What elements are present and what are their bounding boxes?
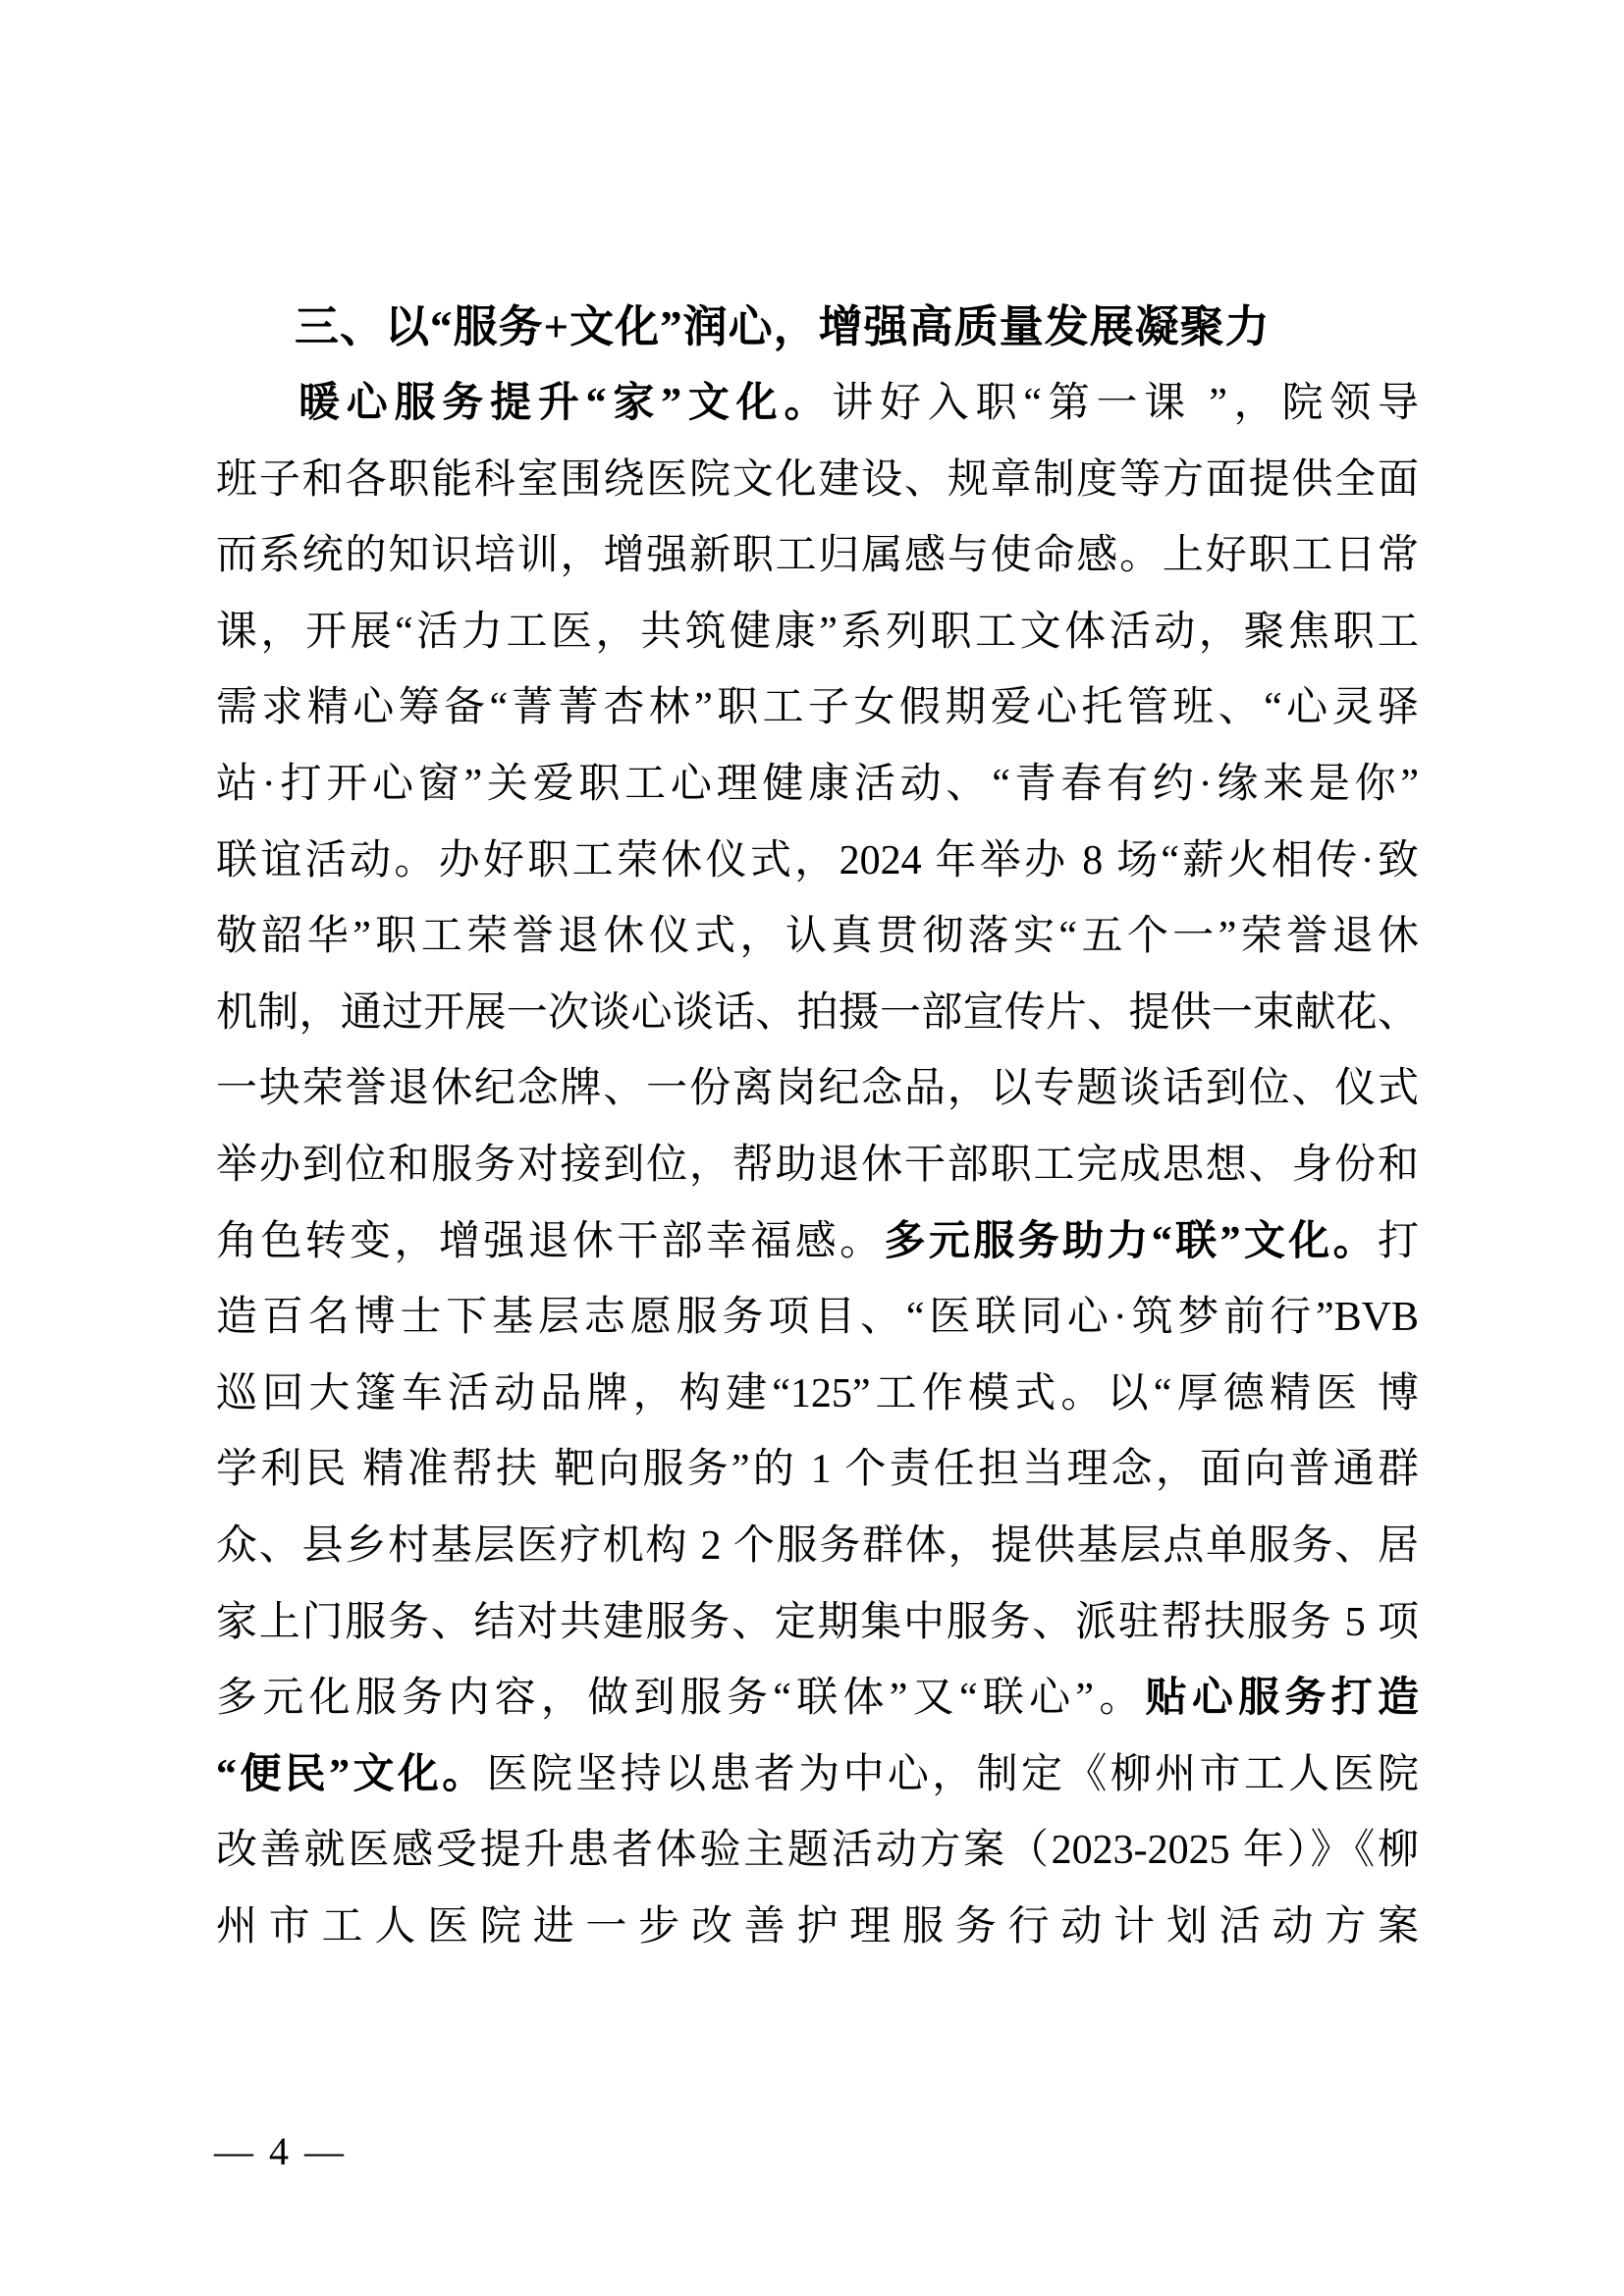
body-text: 造百名博士下基层志愿服务项目、“医联同心·筑梦前行”BVB: [216, 1295, 1419, 1340]
body-text: 多元化服务内容，做到服务“联体”又“联心”。: [216, 1676, 1146, 1721]
body-text: 讲好入职“第一课 ”，院领导: [832, 381, 1419, 426]
text-line: 课，开展“活力工医，共筑健康”系列职工文体活动，聚焦职工: [216, 595, 1419, 671]
text-line: 州市工人医院进一步改善护理服务行动计划活动方案: [216, 1890, 1419, 1966]
text-line: 敬韶华”职工荣誉退休仪式，认真贯彻落实“五个一”荣誉退休: [216, 899, 1419, 976]
body-text: 举办到位和服务对接到位，帮助退休干部职工完成思想、身份和: [216, 1143, 1419, 1188]
body-text: 一块荣誉退休纪念牌、一份离岗纪念品，以专题谈话到位、仪式: [216, 1066, 1419, 1111]
text-line: 众、县乡村基层医疗机构 2 个服务群体，提供基层点单服务、居: [216, 1509, 1419, 1585]
body-text: 站·打开心窗”关爱职工心理健康活动、“青春有约·缘来是你”: [216, 762, 1419, 807]
body-text: 班子和各职能科室围绕医院文化建设、规章制度等方面提供全面: [216, 457, 1419, 503]
body-text: 家上门服务、结对共建服务、定期集中服务、派驻帮扶服务 5 项: [216, 1600, 1419, 1645]
body-text: 课，开展“活力工医，共筑健康”系列职工文体活动，聚焦职工: [216, 610, 1419, 655]
emphasis-text: 贴心服务打造: [1146, 1676, 1419, 1721]
body-text: 机制，通过开展一次谈心谈话、拍摄一部宣传片、提供一束献花、: [216, 990, 1419, 1036]
body-text: 打: [1378, 1219, 1419, 1264]
text-line: 巡回大篷车活动品牌，构建“125”工作模式。以“厚德精医 博: [216, 1357, 1419, 1433]
text-line: “便民”文化。医院坚持以患者为中心，制定《柳州市工人医院: [216, 1737, 1419, 1814]
body-text: 改善就医感受提升患者体验主题活动方案（2023-2025 年）》《柳: [216, 1828, 1419, 1873]
body-text: 学利民 精准帮扶 靶向服务”的 1 个责任担当理念，面向普通群: [216, 1447, 1419, 1492]
text-line: 机制，通过开展一次谈心谈话、拍摄一部宣传片、提供一束献花、: [216, 976, 1419, 1052]
document-body: 三、以“服务+文化”润心，增强高质量发展凝聚力 暖心服务提升“家”文化。讲好入职…: [216, 288, 1419, 1965]
text-line: 多元化服务内容，做到服务“联体”又“联心”。贴心服务打造: [216, 1661, 1419, 1737]
text-line: 而系统的知识培训，增强新职工归属感与使命感。上好职工日常: [216, 518, 1419, 595]
text-line: 需求精心筹备“菁菁杏林”职工子女假期爱心托管班、“心灵驿: [216, 670, 1419, 747]
section-heading: 三、以“服务+文化”润心，增强高质量发展凝聚力: [216, 288, 1419, 366]
text-line: 改善就医感受提升患者体验主题活动方案（2023-2025 年）》《柳: [216, 1813, 1419, 1890]
body-text: 敬韶华”职工荣誉退休仪式，认真贯彻落实“五个一”荣誉退休: [216, 914, 1419, 959]
text-line: 举办到位和服务对接到位，帮助退休干部职工完成思想、身份和: [216, 1128, 1419, 1204]
text-line: 一块荣誉退休纪念牌、一份离岗纪念品，以专题谈话到位、仪式: [216, 1051, 1419, 1128]
body-text: 州市工人医院进一步改善护理服务行动计划活动方案: [216, 1904, 1419, 1949]
text-line: 角色转变，增强退休干部幸福感。多元服务助力“联”文化。打: [216, 1204, 1419, 1281]
document-page: 三、以“服务+文化”润心，增强高质量发展凝聚力 暖心服务提升“家”文化。讲好入职…: [0, 0, 1624, 2296]
body-text: 医院坚持以患者为中心，制定《柳州市工人医院: [487, 1752, 1419, 1797]
body-text: 而系统的知识培训，增强新职工归属感与使命感。上好职工日常: [216, 533, 1419, 578]
emphasis-text: 暖心服务提升“家”文化。: [298, 381, 832, 426]
text-line: 学利民 精准帮扶 靶向服务”的 1 个责任担当理念，面向普通群: [216, 1432, 1419, 1509]
body-text: 角色转变，增强退休干部幸福感。: [216, 1219, 885, 1264]
text-line: 家上门服务、结对共建服务、定期集中服务、派驻帮扶服务 5 项: [216, 1585, 1419, 1662]
body-text: 众、县乡村基层医疗机构 2 个服务群体，提供基层点单服务、居: [216, 1523, 1419, 1569]
body-text: 需求精心筹备“菁菁杏林”职工子女假期爱心托管班、“心灵驿: [216, 685, 1419, 730]
emphasis-text: “便民”文化。: [216, 1752, 487, 1797]
text-line: 联谊活动。办好职工荣休仪式，2024 年举办 8 场“薪火相传·致: [216, 824, 1419, 900]
emphasis-text: 多元服务助力“联”文化。: [885, 1219, 1378, 1264]
text-line: 班子和各职能科室围绕医院文化建设、规章制度等方面提供全面: [216, 443, 1419, 519]
text-line: 暖心服务提升“家”文化。讲好入职“第一课 ”，院领导: [216, 366, 1419, 443]
page-number: — 4 —: [214, 2128, 347, 2175]
body-text: 联谊活动。办好职工荣休仪式，2024 年举办 8 场“薪火相传·致: [216, 838, 1419, 883]
body-text: 巡回大篷车活动品牌，构建“125”工作模式。以“厚德精医 博: [216, 1371, 1419, 1416]
paragraph-lines: 暖心服务提升“家”文化。讲好入职“第一课 ”，院领导班子和各职能科室围绕医院文化…: [216, 366, 1419, 1965]
text-line: 站·打开心窗”关爱职工心理健康活动、“青春有约·缘来是你”: [216, 747, 1419, 824]
text-line: 造百名博士下基层志愿服务项目、“医联同心·筑梦前行”BVB: [216, 1280, 1419, 1357]
